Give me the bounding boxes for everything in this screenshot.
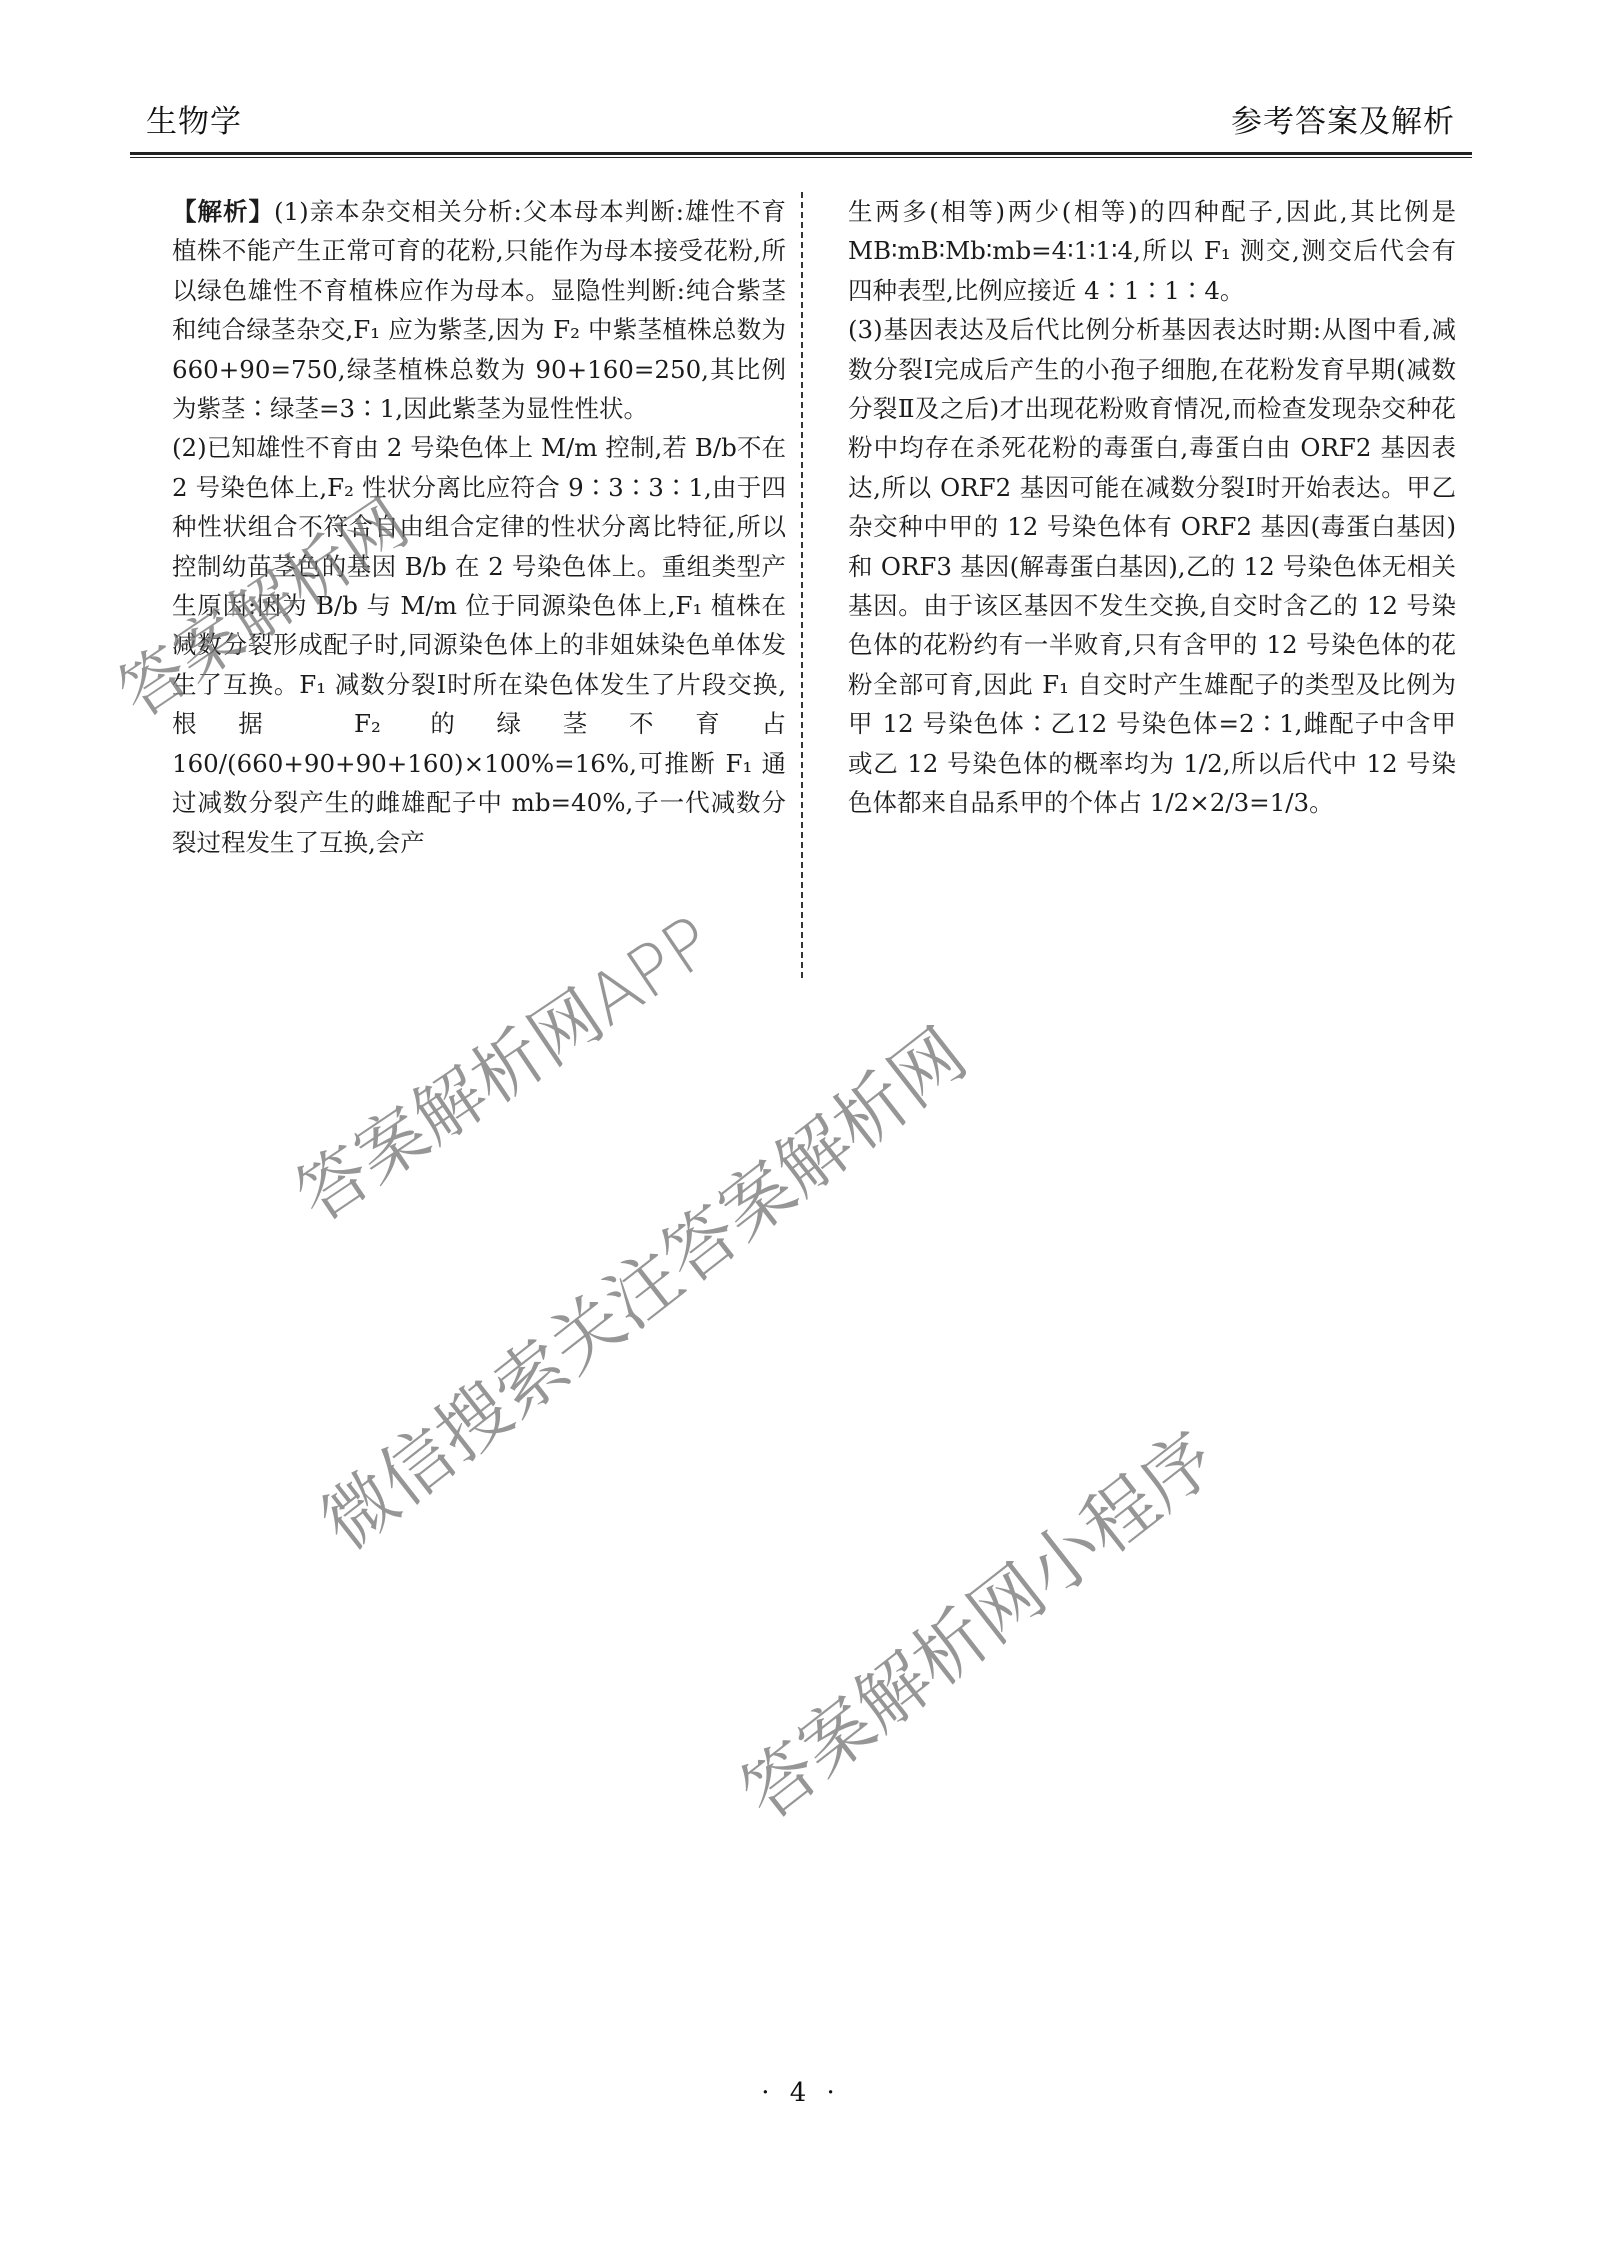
- page-number: · 4 ·: [0, 2078, 1602, 2108]
- analysis-tag: 【解析】: [172, 197, 274, 226]
- right-column: 生两多(相等)两少(相等)的四种配子,因此,其比例是 MB∶mB∶Mb∶mb=4…: [848, 192, 1456, 823]
- header-section-title: 参考答案及解析: [1231, 104, 1455, 140]
- watermark-4: 答案解析网小程序: [716, 1402, 1234, 1839]
- paragraph-2-continued: 生两多(相等)两少(相等)的四种配子,因此,其比例是 MB∶mB∶Mb∶mb=4…: [848, 192, 1456, 310]
- header-rule-thick: [130, 152, 1472, 155]
- watermark-3: 微信搜索关注答案解析网: [296, 999, 984, 1569]
- paragraph-3: (3)基因表达及后代比例分析基因表达时期:从图中看,减数分裂Ⅰ完成后产生的小孢子…: [848, 310, 1456, 822]
- header-subject: 生物学: [146, 104, 242, 140]
- paragraph-1: 【解析】(1)亲本杂交相关分析:父本母本判断:雄性不育植株不能产生正常可育的花粉…: [172, 192, 786, 428]
- paragraph-2: (2)已知雄性不育由 2 号染色体上 M/m 控制,若 B/b不在 2 号染色体…: [172, 428, 786, 861]
- paragraph-1-text: (1)亲本杂交相关分析:父本母本判断:雄性不育植株不能产生正常可育的花粉,只能作…: [172, 197, 786, 423]
- left-column: 【解析】(1)亲本杂交相关分析:父本母本判断:雄性不育植株不能产生正常可育的花粉…: [172, 192, 786, 862]
- header-rule-thin: [130, 157, 1472, 158]
- watermark-2: 答案解析网APP: [274, 888, 730, 1241]
- column-divider: [801, 192, 803, 978]
